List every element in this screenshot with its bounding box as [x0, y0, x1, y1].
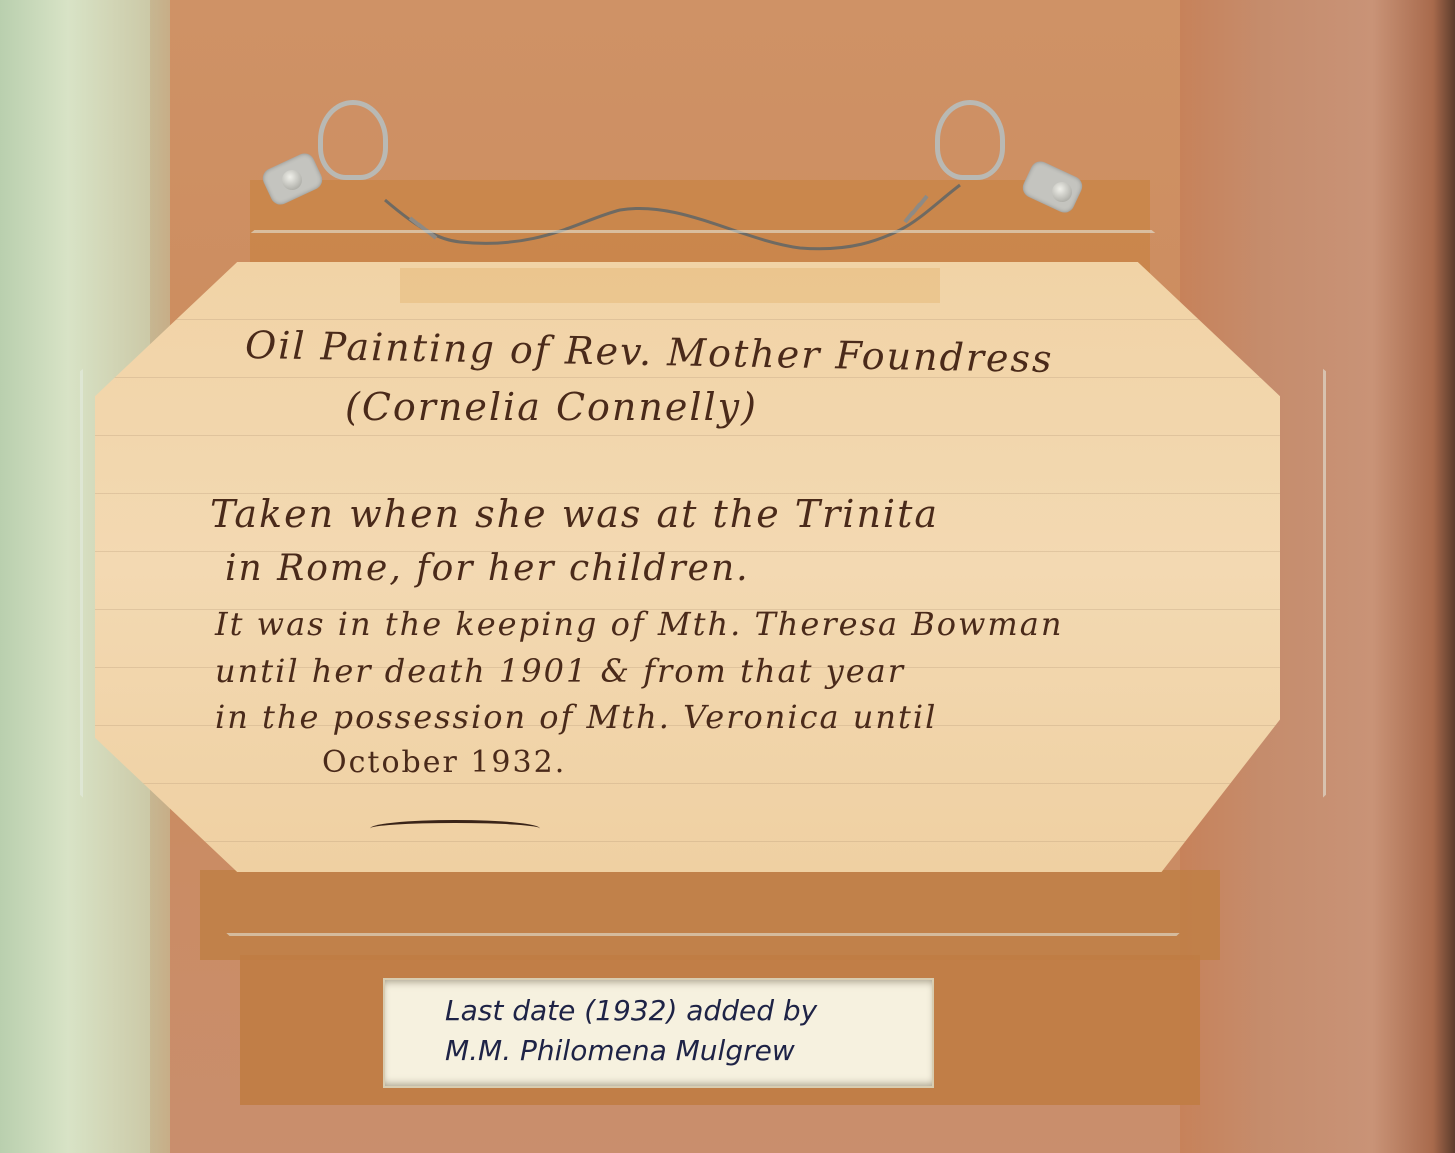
- note-date-line: October 1932.: [322, 745, 566, 780]
- note-body-line: Taken when she was at the Trinita: [210, 492, 939, 536]
- pen-flourish: [370, 820, 540, 837]
- note-title-line-2: (Cornelia Connelly): [345, 385, 758, 429]
- added-by-label: Last date (1932) added by M.M. Philomena…: [383, 978, 934, 1088]
- note-body-line: It was in the keeping of Mth. Theresa Bo…: [215, 605, 1063, 643]
- added-by-line-2: M.M. Philomena Mulgrew: [445, 1034, 795, 1067]
- added-by-line-1: Last date (1932) added by: [445, 994, 817, 1027]
- note-body-line: until her death 1901 & from that year: [215, 652, 905, 690]
- note-body-line: in the possession of Mth. Veronica until: [215, 698, 937, 736]
- note-title-line-1: Oil Painting of Rev. Mother Foundress: [245, 323, 1054, 381]
- note-body-line: in Rome, for her children.: [225, 548, 750, 589]
